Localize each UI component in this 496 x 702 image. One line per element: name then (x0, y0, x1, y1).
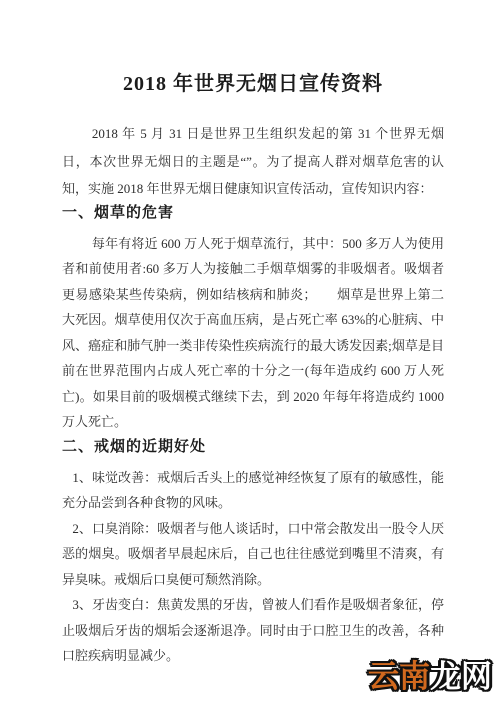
watermark-text-orange: 云南 (368, 659, 430, 694)
document-scan: { "document": { "title": "2018 年世界无烟日宣传资… (0, 0, 496, 702)
section-2-heading: 二、戒烟的近期好处 (62, 437, 444, 457)
yunnanlong-watermark-logo: 云南龙网 (368, 658, 492, 696)
document-body: 2018 年世界无烟日宣传资料 2018 年 5 月 31 日是世界卫生组织发起… (62, 70, 444, 669)
watermark-text-white: 龙网 (430, 659, 492, 694)
section-1-paragraph: 每年有将近 600 万人死于烟草流行，其中：500 多万人为使用者和前使用者:6… (62, 231, 444, 435)
section-1-heading: 一、烟草的危害 (62, 203, 444, 223)
page-title: 2018 年世界无烟日宣传资料 (62, 70, 444, 98)
intro-paragraph: 2018 年 5 月 31 日是世界卫生组织发起的第 31 个世界无烟日，本次世… (62, 120, 444, 203)
benefit-item-1: 1、味觉改善：戒烟后舌头上的感觉神经恢复了原有的敏感性，能充分品尝到各种食物的风… (62, 465, 444, 516)
benefit-item-2: 2、口臭消除：吸烟者与他人谈话时，口中常会散发出一股令人厌恶的烟臭。吸烟者早晨起… (62, 516, 444, 593)
